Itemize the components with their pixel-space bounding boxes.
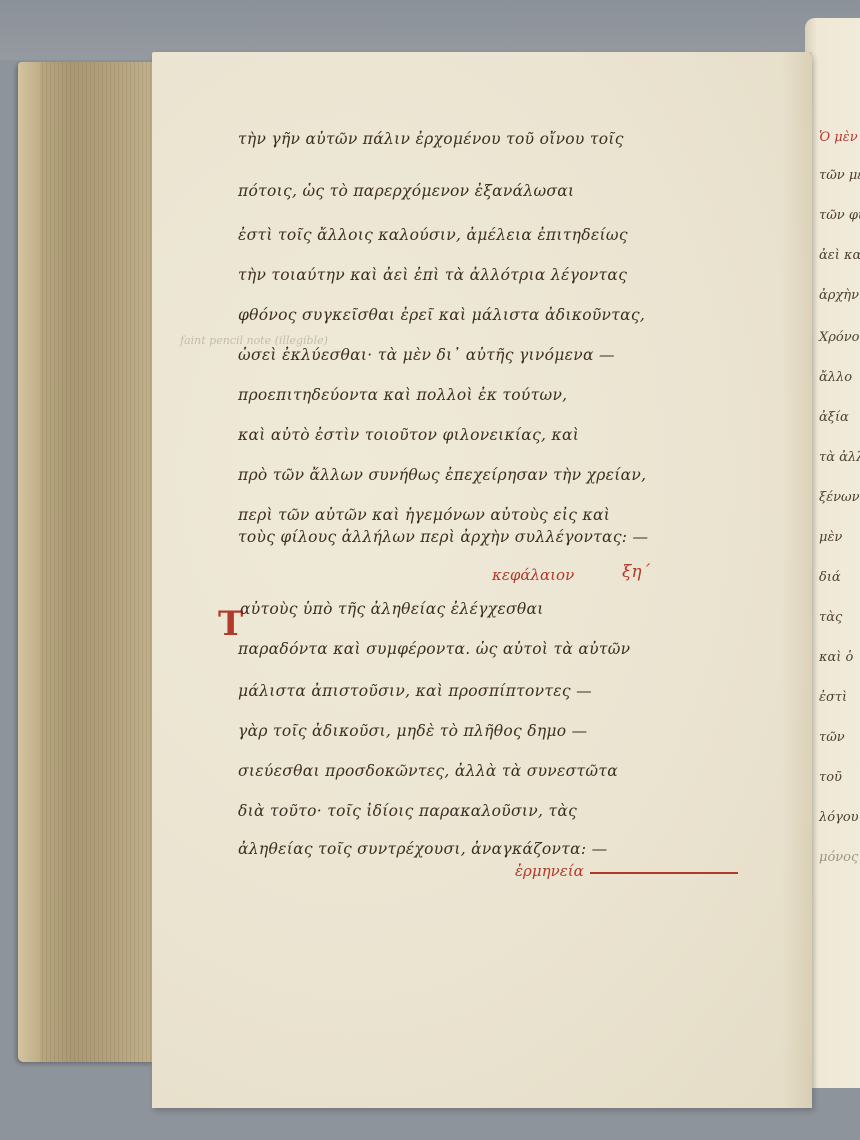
text-line: αὐτοὺς ὑπὸ τῆς ἀληθείας ἐλέγχεσθαι	[240, 600, 544, 618]
facing-page-line: Ὁ μὲν γὰρ	[819, 130, 860, 145]
facing-page-line: ἀρχὴν	[819, 288, 859, 303]
facing-page-line: τὰς	[819, 610, 842, 625]
closing-rubric: ἑρμηνεία	[515, 862, 584, 880]
facing-page-line: τῶν μὲν	[819, 168, 860, 183]
text-line: τοὺς φίλους ἀλλήλων περὶ ἀρχὴν συλλέγοντ…	[238, 528, 648, 546]
facing-page-line: ἀεὶ καὶ	[819, 248, 860, 263]
text-line: διὰ τοῦτο· τοῖς ἰδίοις παρακαλοῦσιν, τὰς	[238, 802, 577, 820]
facing-page: Ὁ μὲν γὰρ τῶν μὲν τῶν φίλων ἀεὶ καὶ ἀρχὴ…	[805, 18, 860, 1088]
facing-page-line: ἀξία	[819, 410, 849, 425]
red-underline	[590, 872, 738, 874]
text-line: φθόνος συγκεῖσθαι ἐρεῖ καὶ μάλιστα ἀδικο…	[238, 306, 645, 324]
text-line: γὰρ τοῖς ἀδικοῦσι, μηδὲ τὸ πλῆθος δημο —	[238, 722, 587, 740]
text-line: σιεύεσθαι προσδοκῶντες, ἀλλὰ τὰ συνεστῶτ…	[238, 762, 618, 780]
facing-page-line: διά	[819, 570, 841, 585]
facing-page-line: τοῦ	[819, 770, 842, 785]
background	[0, 0, 860, 60]
manuscript-page	[152, 52, 812, 1108]
page-edges-block	[18, 62, 154, 1062]
text-line: ἐστὶ τοῖς ἄλλοις καλούσιν, ἀμέλεια ἐπιτη…	[238, 226, 628, 244]
text-line: πρὸ τῶν ἄλλων συνήθως ἐπεχείρησαν τὴν χρ…	[238, 466, 646, 484]
facing-page-line: μὲν	[819, 530, 842, 545]
facing-page-line: τῶν φίλων	[819, 208, 860, 223]
facing-page-line: τὰ ἀλλά	[819, 450, 860, 465]
text-line: καὶ αὐτὸ ἐστὶν τοιοῦτον φιλονεικίας, καὶ	[238, 426, 579, 444]
chapter-number: ξη´	[622, 562, 650, 582]
text-line: πότοις, ὡς τὸ παρερχόμενον ἐξανάλωσαι	[238, 182, 574, 200]
facing-page-line: ἄλλο	[819, 370, 852, 385]
text-line: τὴν τοιαύτην καὶ ἀεὶ ἐπὶ τὰ ἀλλότρια λέγ…	[238, 266, 627, 284]
rubric-heading: κεφάλαιον	[492, 566, 574, 584]
facing-page-line: τῶν	[819, 730, 845, 745]
facing-page-line: μόνος	[819, 850, 858, 865]
facing-page-line: ξένων	[819, 490, 860, 505]
facing-page-line: λόγου	[819, 810, 859, 825]
text-line: ἀληθείας τοῖς συντρέχουσι, ἀναγκάζοντα: …	[238, 840, 607, 858]
facing-page-line: ἐστὶ	[819, 690, 847, 705]
facing-page-line: καὶ ὁ	[819, 650, 853, 665]
text-line: προεπιτηδεύοντα καὶ πολλοὶ ἐκ τούτων,	[238, 386, 567, 404]
text-line: παραδόντα καὶ συμφέροντα. ὡς αὐτοὶ τὰ αὐ…	[238, 640, 630, 658]
facing-page-line: Χρόνοι	[819, 330, 860, 345]
text-line: μάλιστα ἀπιστοῦσιν, καὶ προσπίπτοντες —	[238, 682, 592, 700]
text-line: περὶ τῶν αὐτῶν καὶ ἡγεμόνων αὐτοὺς εἰς κ…	[238, 506, 610, 524]
text-line: ὡσεὶ ἐκλύεσθαι· τὰ μὲν δι᾿ αὐτῆς γινόμεν…	[238, 346, 615, 364]
text-line: τὴν γῆν αὐτῶν πάλιν ἐρχομένου τοῦ οἴνου …	[238, 130, 624, 148]
